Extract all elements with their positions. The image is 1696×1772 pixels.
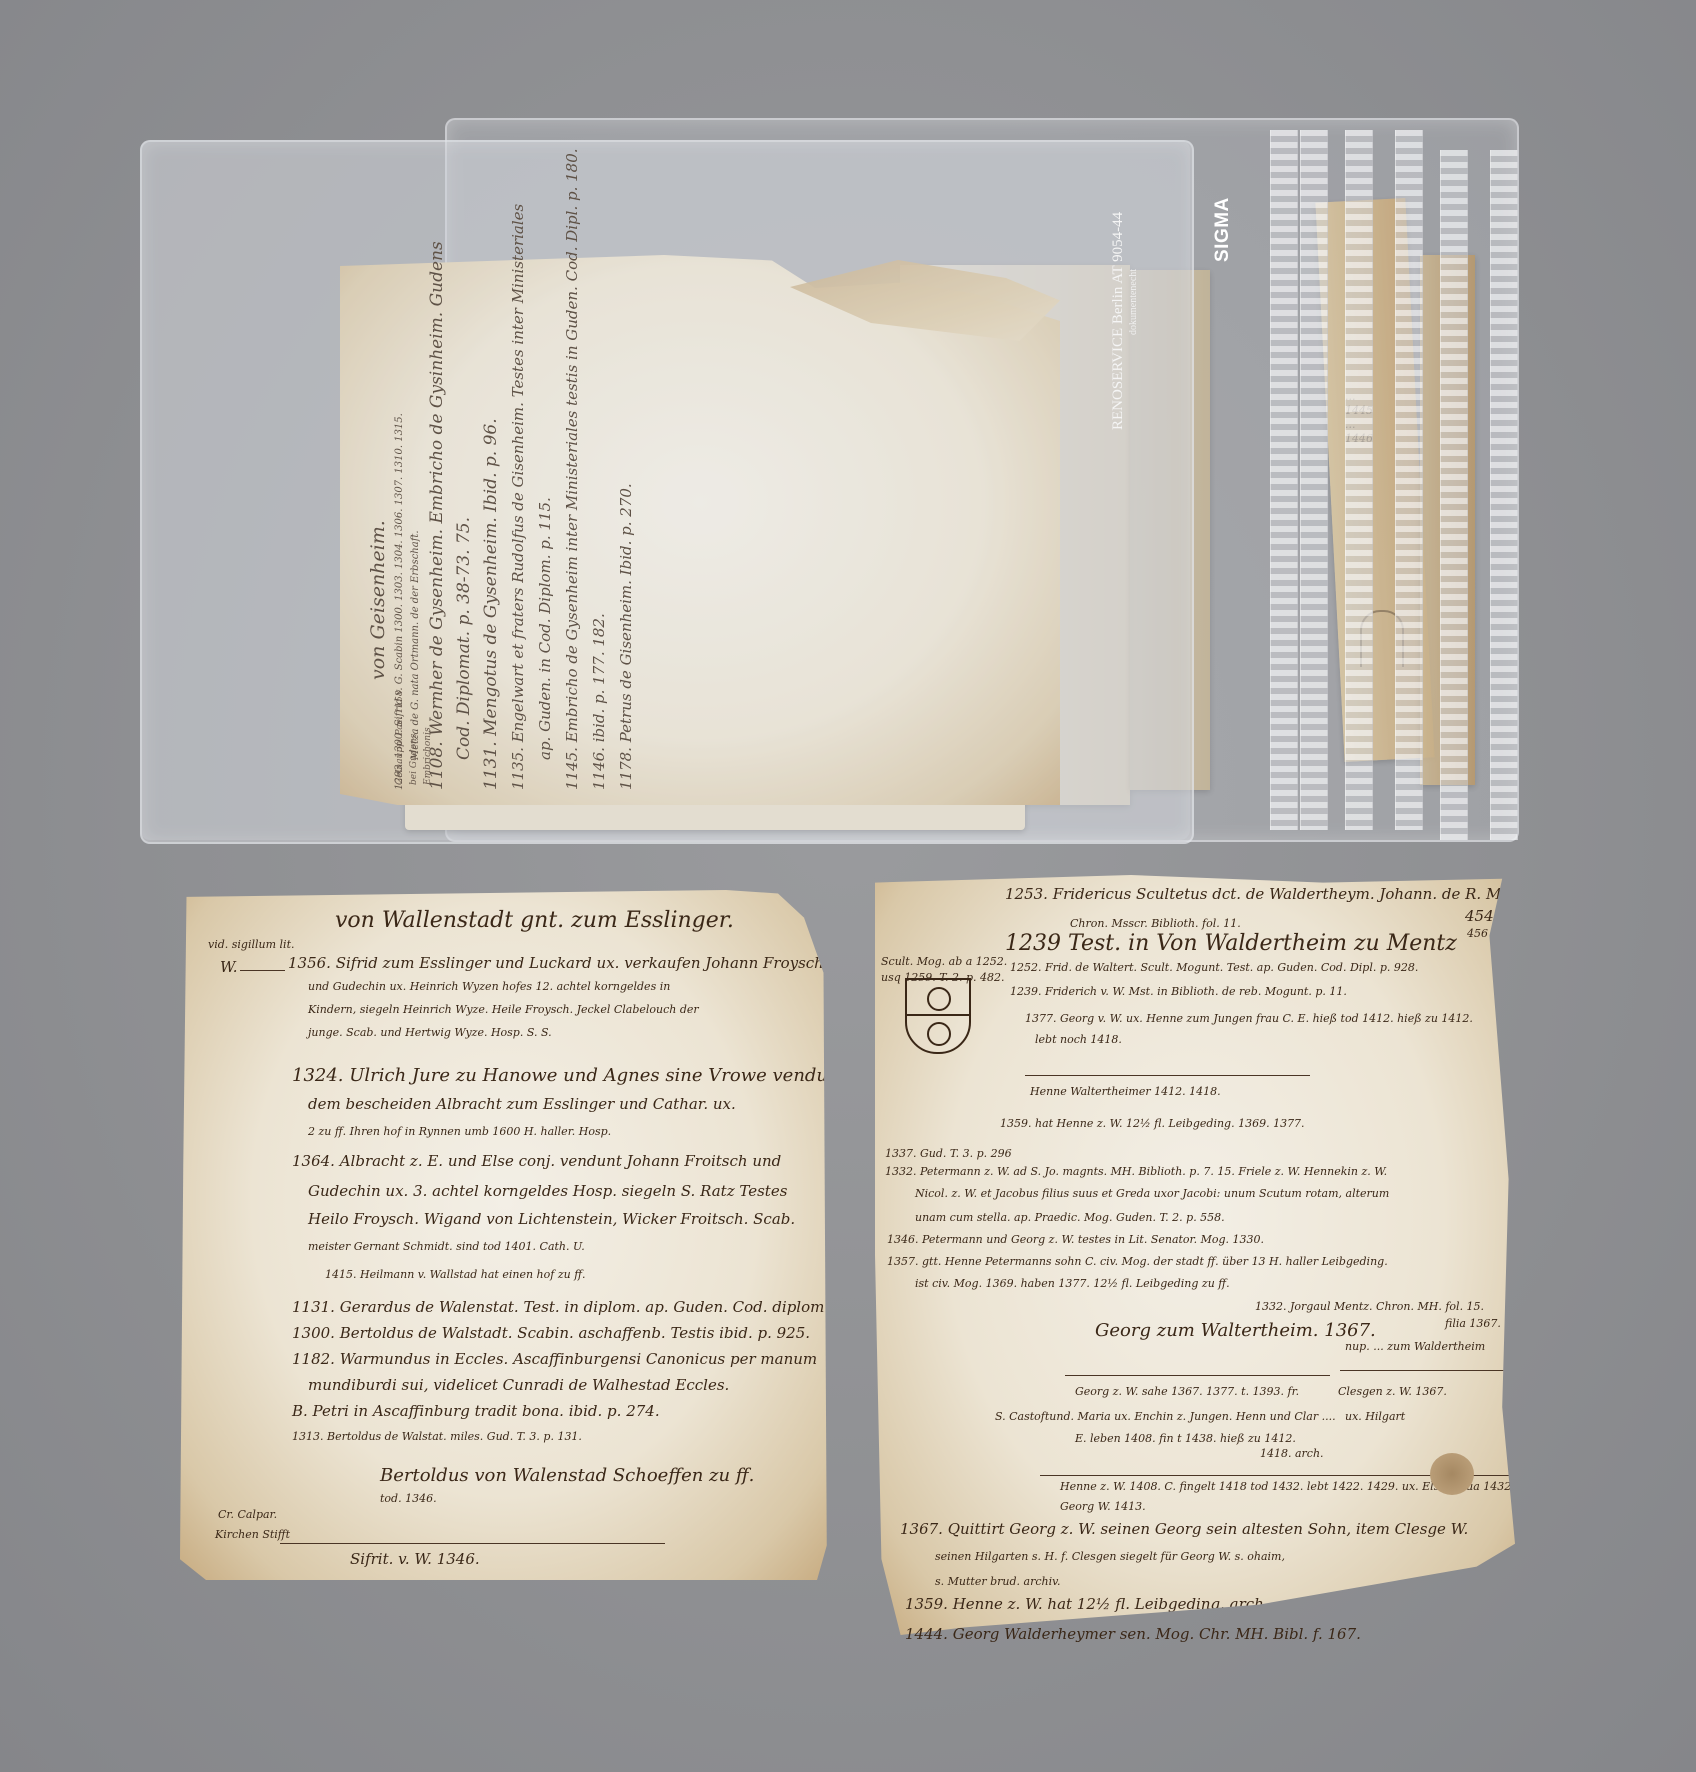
left-heading: von Wallenstadt gnt. zum Esslinger. (335, 908, 734, 933)
zip-closure (1490, 150, 1518, 840)
zip-closure (1270, 130, 1298, 830)
coat-of-arms-shield (905, 978, 971, 1054)
zip-closure (1345, 130, 1373, 830)
ink-stain (1430, 1453, 1474, 1495)
sleeve-brand-subline: dokumentenecht (1128, 269, 1139, 335)
right-document: 1253. Fridericus Scultetus dct. de Walde… (875, 875, 1515, 1635)
left-document: vid. sigillum lit. W. von Wallenstadt gn… (180, 890, 830, 1580)
top-sheet-margin-note: Gelnaupp. Pae. 1158 bei Gudens Embrichon… (393, 690, 435, 785)
photo-scene: ... 1445 ... 1446 von Geisenheim. 1293. … (0, 0, 1696, 1772)
right-heading: 1239 Test. in Von Waldertheim zu Mentz (1005, 931, 1457, 956)
sleeve-brand-label: RENOSERVICE Berlin AT 9054-44 (1110, 212, 1127, 430)
zip-closure (1395, 130, 1423, 830)
zip-closure (1300, 130, 1328, 830)
wheel-emblem-icon (927, 1022, 951, 1046)
top-sheet-heading: von Geisenheim. (365, 270, 392, 790)
wheel-emblem-icon (927, 987, 951, 1011)
sigma-label: SIGMA (1212, 197, 1234, 262)
right-document-last-line: 1444. Georg Walderheymer sen. Mog. Chr. … (905, 1625, 1361, 1643)
zip-closure (1440, 150, 1468, 840)
